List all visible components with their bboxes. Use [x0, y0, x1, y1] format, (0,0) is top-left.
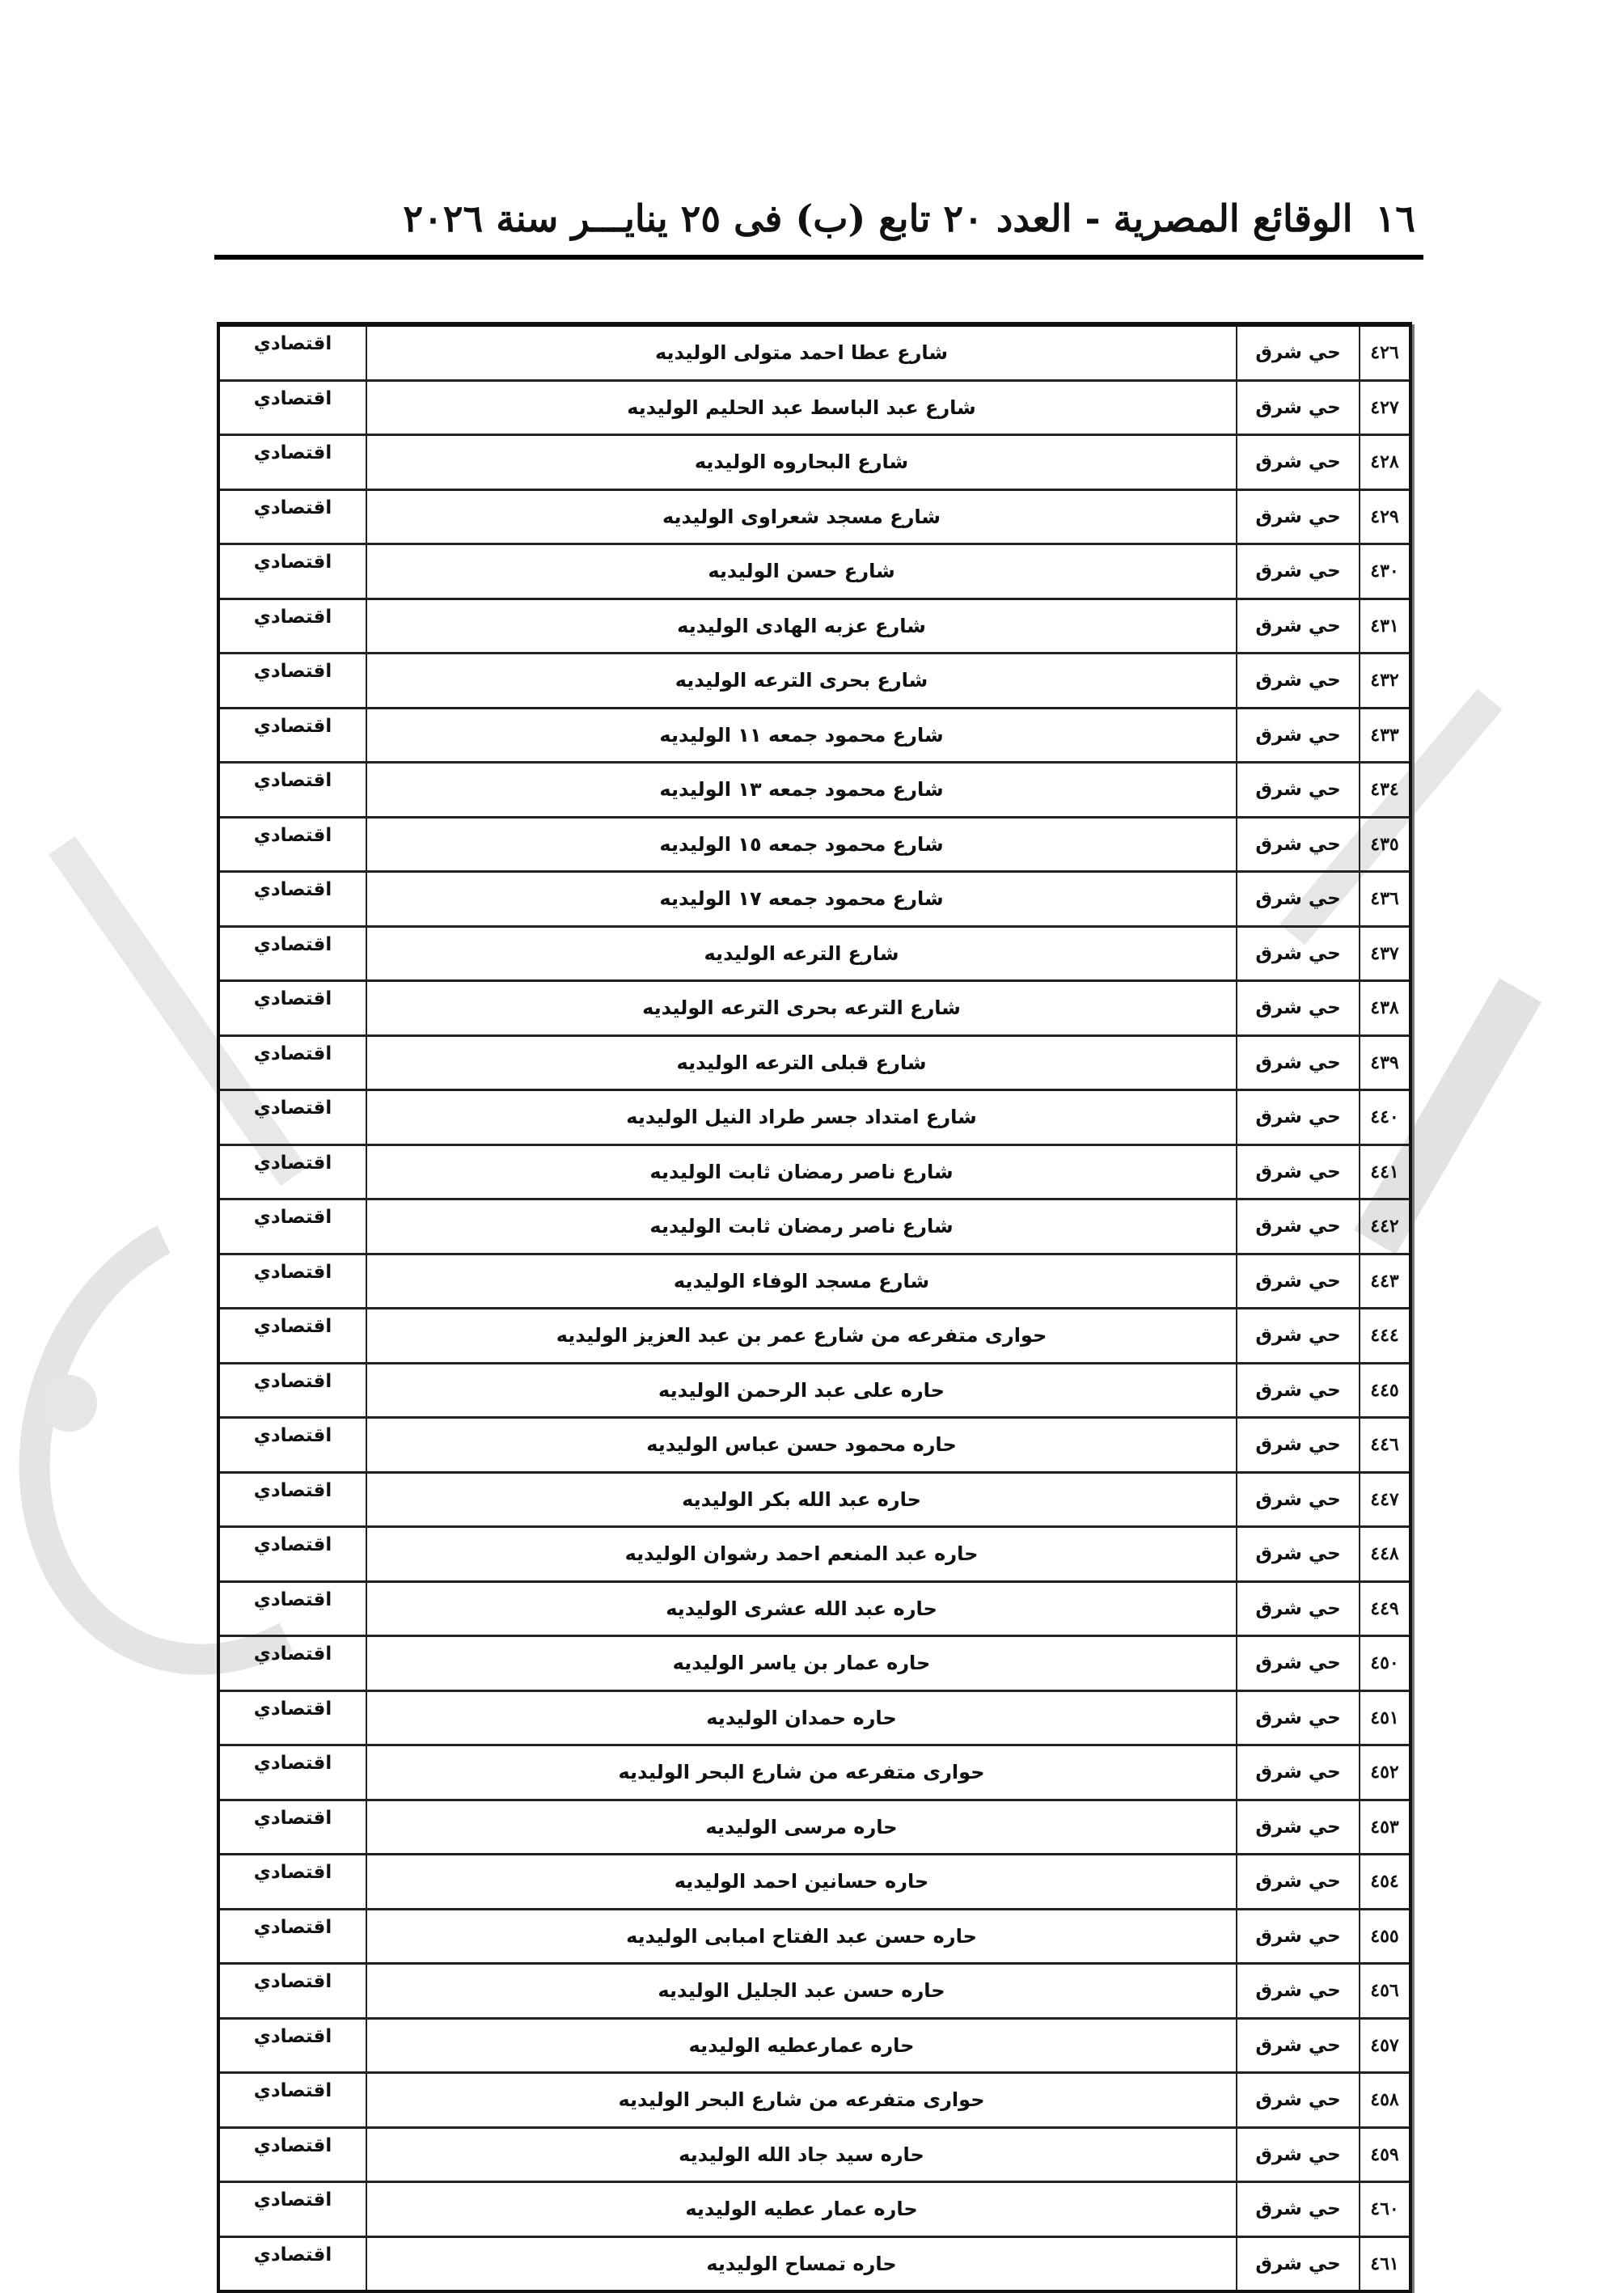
classification-cell: اقتصادي — [220, 763, 366, 818]
street-name-cell: شارع عطا احمد متولى الوليديه — [366, 327, 1237, 380]
row-number: ٤٤٤ — [1360, 1309, 1409, 1364]
row-number: ٤٢٦ — [1360, 327, 1409, 380]
table-row: ٤٣٣ حي شرق شارع محمود جمعه ١١ الوليديه ا… — [220, 708, 1409, 763]
table-row: ٤٦٠ حي شرق حاره عمار عطيه الوليديه اقتصا… — [220, 2182, 1409, 2237]
street-name-cell: حوارى متفرعه من شارع عمر بن عبد العزيز ا… — [366, 1309, 1237, 1364]
table-row: ٤٤١ حي شرق شارع ناصر رمضان ثابت الوليديه… — [220, 1144, 1409, 1199]
row-number: ٤٦٠ — [1360, 2182, 1409, 2237]
district-cell: حي شرق — [1237, 981, 1360, 1036]
streets-table: ٤٢٦ حي شرق شارع عطا احمد متولى الوليديه … — [217, 322, 1412, 2293]
district-cell: حي شرق — [1237, 380, 1360, 435]
district-cell: حي شرق — [1237, 1800, 1360, 1855]
district-cell: حي شرق — [1237, 489, 1360, 544]
street-name-cell: شارع محمود جمعه ١٥ الوليديه — [366, 817, 1237, 872]
street-name-cell: شارع ناصر رمضان ثابت الوليديه — [366, 1144, 1237, 1199]
classification-cell: اقتصادي — [220, 2127, 366, 2182]
street-name-cell: شارع مسجد شعراوى الوليديه — [366, 489, 1237, 544]
street-name-cell: حاره عبد الله بكر الوليديه — [366, 1472, 1237, 1527]
classification-cell: اقتصادي — [220, 817, 366, 872]
row-number: ٤٦١ — [1360, 2236, 1409, 2290]
street-name-cell: شارع محمود جمعه ١٣ الوليديه — [366, 763, 1237, 818]
street-name-cell: شارع محمود جمعه ١١ الوليديه — [366, 708, 1237, 763]
district-cell: حي شرق — [1237, 544, 1360, 599]
street-name-cell: شارع مسجد الوفاء الوليديه — [366, 1254, 1237, 1309]
district-cell: حي شرق — [1237, 1090, 1360, 1145]
district-cell: حي شرق — [1237, 2018, 1360, 2073]
row-number: ٤٣٩ — [1360, 1035, 1409, 1090]
district-cell: حي شرق — [1237, 926, 1360, 981]
classification-cell: اقتصادي — [220, 1581, 366, 1636]
row-number: ٤٥٨ — [1360, 2073, 1409, 2128]
table-row: ٤٥٣ حي شرق حاره مرسى الوليديه اقتصادي — [220, 1800, 1409, 1855]
district-cell: حي شرق — [1237, 1363, 1360, 1418]
row-number: ٤٢٩ — [1360, 489, 1409, 544]
street-name-cell: حاره عمار بن ياسر الوليديه — [366, 1636, 1237, 1691]
classification-cell: اقتصادي — [220, 1254, 366, 1309]
table-row: ٤٣٢ حي شرق شارع بحرى الترعه الوليديه اقت… — [220, 654, 1409, 709]
classification-cell: اقتصادي — [220, 654, 366, 709]
table-row: ٤٥٨ حي شرق حوارى متفرعه من شارع البحر ال… — [220, 2073, 1409, 2128]
classification-cell: اقتصادي — [220, 1472, 366, 1527]
classification-cell: اقتصادي — [220, 2182, 366, 2237]
classification-cell: اقتصادي — [220, 1363, 366, 1418]
district-cell: حي شرق — [1237, 1636, 1360, 1691]
district-cell: حي شرق — [1237, 872, 1360, 927]
district-cell: حي شرق — [1237, 435, 1360, 490]
classification-cell: اقتصادي — [220, 380, 366, 435]
classification-cell: اقتصادي — [220, 1309, 366, 1364]
classification-cell: اقتصادي — [220, 2236, 366, 2290]
district-cell: حي شرق — [1237, 1035, 1360, 1090]
table-row: ٤٣٧ حي شرق شارع الترعه الوليديه اقتصادي — [220, 926, 1409, 981]
row-number: ٤٥٩ — [1360, 2127, 1409, 2182]
district-cell: حي شرق — [1237, 1909, 1360, 1964]
table-row: ٤٤٤ حي شرق حوارى متفرعه من شارع عمر بن ع… — [220, 1309, 1409, 1364]
street-name-cell: شارع عبد الباسط عبد الحليم الوليديه — [366, 380, 1237, 435]
classification-cell: اقتصادي — [220, 981, 366, 1036]
district-cell: حي شرق — [1237, 2182, 1360, 2237]
row-number: ٤٤٧ — [1360, 1472, 1409, 1527]
classification-cell: اقتصادي — [220, 872, 366, 927]
table-row: ٤٢٧ حي شرق شارع عبد الباسط عبد الحليم ال… — [220, 380, 1409, 435]
district-cell: حي شرق — [1237, 2127, 1360, 2182]
street-name-cell: شارع حسن الوليديه — [366, 544, 1237, 599]
table-row: ٤٥٥ حي شرق حاره حسن عبد الفتاح امبابى ال… — [220, 1909, 1409, 1964]
street-name-cell: شارع الترعه بحرى الترعه الوليديه — [366, 981, 1237, 1036]
table-row: ٤٤٨ حي شرق حاره عبد المنعم احمد رشوان ال… — [220, 1527, 1409, 1582]
district-cell: حي شرق — [1237, 1745, 1360, 1800]
street-name-cell: حوارى متفرعه من شارع البحر الوليديه — [366, 1745, 1237, 1800]
table-row: ٤٣١ حي شرق شارع عزبه الهادى الوليديه اقت… — [220, 599, 1409, 654]
district-cell: حي شرق — [1237, 1527, 1360, 1582]
table-row: ٤٤٣ حي شرق شارع مسجد الوفاء الوليديه اقت… — [220, 1254, 1409, 1309]
row-number: ٤٣١ — [1360, 599, 1409, 654]
street-name-cell: شارع ناصر رمضان ثابت الوليديه — [366, 1199, 1237, 1254]
district-cell: حي شرق — [1237, 1690, 1360, 1745]
table-body: ٤٢٦ حي شرق شارع عطا احمد متولى الوليديه … — [220, 327, 1409, 2290]
row-number: ٤٥٦ — [1360, 1964, 1409, 2019]
district-cell: حي شرق — [1237, 708, 1360, 763]
district-cell: حي شرق — [1237, 1199, 1360, 1254]
table-row: ٤٣٠ حي شرق شارع حسن الوليديه اقتصادي — [220, 544, 1409, 599]
watermark-dot — [40, 1375, 97, 1432]
gazette-title: الوقائع المصرية - العدد ٢٠ تابع (ب) فى ٢… — [403, 197, 1352, 240]
classification-cell: اقتصادي — [220, 1527, 366, 1582]
district-cell: حي شرق — [1237, 1418, 1360, 1473]
classification-cell: اقتصادي — [220, 544, 366, 599]
classification-cell: اقتصادي — [220, 1144, 366, 1199]
street-name-cell: حاره تمساح الوليديه — [366, 2236, 1237, 2290]
table-row: ٤٣٤ حي شرق شارع محمود جمعه ١٣ الوليديه ا… — [220, 763, 1409, 818]
classification-cell: اقتصادي — [220, 926, 366, 981]
row-number: ٤٣٣ — [1360, 708, 1409, 763]
street-name-cell: شارع محمود جمعه ١٧ الوليديه — [366, 872, 1237, 927]
classification-cell: اقتصادي — [220, 1090, 366, 1145]
table-row: ٤٥٩ حي شرق حاره سيد جاد الله الوليديه اق… — [220, 2127, 1409, 2182]
row-number: ٤٣٢ — [1360, 654, 1409, 709]
row-number: ٤٤٩ — [1360, 1581, 1409, 1636]
classification-cell: اقتصادي — [220, 1745, 366, 1800]
district-cell: حي شرق — [1237, 1855, 1360, 1910]
classification-cell: اقتصادي — [220, 1636, 366, 1691]
district-cell: حي شرق — [1237, 599, 1360, 654]
row-number: ٤٢٧ — [1360, 380, 1409, 435]
street-name-cell: حاره حمدان الوليديه — [366, 1690, 1237, 1745]
district-cell: حي شرق — [1237, 1254, 1360, 1309]
row-number: ٤٤٢ — [1360, 1199, 1409, 1254]
row-number: ٤٣٦ — [1360, 872, 1409, 927]
row-number: ٤٥٧ — [1360, 2018, 1409, 2073]
classification-cell: اقتصادي — [220, 435, 366, 490]
classification-cell: اقتصادي — [220, 1964, 366, 2019]
district-cell: حي شرق — [1237, 1581, 1360, 1636]
street-name-cell: شارع امتداد جسر طراد النيل الوليديه — [366, 1090, 1237, 1145]
street-name-cell: شارع الترعه الوليديه — [366, 926, 1237, 981]
district-cell: حي شرق — [1237, 327, 1360, 380]
row-number: ٤٥٥ — [1360, 1909, 1409, 1964]
street-name-cell: حاره حسن عبد الفتاح امبابى الوليديه — [366, 1909, 1237, 1964]
table-row: ٤٤٥ حي شرق حاره على عبد الرحمن الوليديه … — [220, 1363, 1409, 1418]
street-name-cell: حوارى متفرعه من شارع البحر الوليديه — [366, 2073, 1237, 2128]
district-cell: حي شرق — [1237, 817, 1360, 872]
table-row: ٤٣٩ حي شرق شارع قبلى الترعه الوليديه اقت… — [220, 1035, 1409, 1090]
street-name-cell: شارع قبلى الترعه الوليديه — [366, 1035, 1237, 1090]
classification-cell: اقتصادي — [220, 708, 366, 763]
table-row: ٤٥١ حي شرق حاره حمدان الوليديه اقتصادي — [220, 1690, 1409, 1745]
street-name-cell: حاره عبد المنعم احمد رشوان الوليديه — [366, 1527, 1237, 1582]
classification-cell: اقتصادي — [220, 1035, 366, 1090]
row-number: ٤٥٣ — [1360, 1800, 1409, 1855]
street-name-cell: حاره حسانين احمد الوليديه — [366, 1855, 1237, 1910]
page-number: ١٦ — [1376, 197, 1415, 240]
street-name-cell: حاره عبد الله عشرى الوليديه — [366, 1581, 1237, 1636]
street-name-cell: حاره على عبد الرحمن الوليديه — [366, 1363, 1237, 1418]
classification-cell: اقتصادي — [220, 2073, 366, 2128]
table-row: ٤٤٢ حي شرق شارع ناصر رمضان ثابت الوليديه… — [220, 1199, 1409, 1254]
table-row: ٤٥٠ حي شرق حاره عمار بن ياسر الوليديه اق… — [220, 1636, 1409, 1691]
district-cell: حي شرق — [1237, 1309, 1360, 1364]
classification-cell: اقتصادي — [220, 489, 366, 544]
street-name-cell: حاره حسن عبد الجليل الوليديه — [366, 1964, 1237, 2019]
classification-cell: اقتصادي — [220, 599, 366, 654]
street-name-cell: حاره محمود حسن عباس الوليديه — [366, 1418, 1237, 1473]
district-cell: حي شرق — [1237, 1472, 1360, 1527]
district-cell: حي شرق — [1237, 2236, 1360, 2290]
street-name-cell: حاره سيد جاد الله الوليديه — [366, 2127, 1237, 2182]
row-number: ٤٤٦ — [1360, 1418, 1409, 1473]
classification-cell: اقتصادي — [220, 327, 366, 380]
table-row: ٤٤٦ حي شرق حاره محمود حسن عباس الوليديه … — [220, 1418, 1409, 1473]
district-cell: حي شرق — [1237, 2073, 1360, 2128]
row-number: ٤٥١ — [1360, 1690, 1409, 1745]
street-name-cell: حاره مرسى الوليديه — [366, 1800, 1237, 1855]
table-row: ٤٢٦ حي شرق شارع عطا احمد متولى الوليديه … — [220, 327, 1409, 380]
classification-cell: اقتصادي — [220, 2018, 366, 2073]
row-number: ٤٥٢ — [1360, 1745, 1409, 1800]
row-number: ٤٢٨ — [1360, 435, 1409, 490]
row-number: ٤٤١ — [1360, 1144, 1409, 1199]
row-number: ٤٤٨ — [1360, 1527, 1409, 1582]
table-row: ٤٤٧ حي شرق حاره عبد الله بكر الوليديه اق… — [220, 1472, 1409, 1527]
table-row: ٤٤٩ حي شرق حاره عبد الله عشرى الوليديه ا… — [220, 1581, 1409, 1636]
table-row: ٤٣٥ حي شرق شارع محمود جمعه ١٥ الوليديه ا… — [220, 817, 1409, 872]
district-cell: حي شرق — [1237, 654, 1360, 709]
row-number: ٤٤٣ — [1360, 1254, 1409, 1309]
classification-cell: اقتصادي — [220, 1855, 366, 1910]
table-row: ٤٢٩ حي شرق شارع مسجد شعراوى الوليديه اقت… — [220, 489, 1409, 544]
table-row: ٤٣٦ حي شرق شارع محمود جمعه ١٧ الوليديه ا… — [220, 872, 1409, 927]
table-row: ٤٤٠ حي شرق شارع امتداد جسر طراد النيل ال… — [220, 1090, 1409, 1145]
classification-cell: اقتصادي — [220, 1690, 366, 1745]
table-row: ٤٣٨ حي شرق شارع الترعه بحرى الترعه الولي… — [220, 981, 1409, 1036]
row-number: ٤٥٠ — [1360, 1636, 1409, 1691]
table-row: ٤٥٧ حي شرق حاره عمارعطيه الوليديه اقتصاد… — [220, 2018, 1409, 2073]
district-cell: حي شرق — [1237, 1964, 1360, 2019]
classification-cell: اقتصادي — [220, 1199, 366, 1254]
row-number: ٤٣٧ — [1360, 926, 1409, 981]
classification-cell: اقتصادي — [220, 1800, 366, 1855]
table-row: ٤٥٤ حي شرق حاره حسانين احمد الوليديه اقت… — [220, 1855, 1409, 1910]
page-header: ١٦الوقائع المصرية - العدد ٢٠ تابع (ب) فى… — [214, 178, 1415, 259]
row-number: ٤٤٠ — [1360, 1090, 1409, 1145]
district-cell: حي شرق — [1237, 763, 1360, 818]
classification-cell: اقتصادي — [220, 1909, 366, 1964]
row-number: ٤٣٥ — [1360, 817, 1409, 872]
street-name-cell: حاره عمار عطيه الوليديه — [366, 2182, 1237, 2237]
table-row: ٤٢٨ حي شرق شارع البحاروه الوليديه اقتصاد… — [220, 435, 1409, 490]
district-cell: حي شرق — [1237, 1144, 1360, 1199]
street-name-cell: حاره عمارعطيه الوليديه — [366, 2018, 1237, 2073]
table-row: ٤٦١ حي شرق حاره تمساح الوليديه اقتصادي — [220, 2236, 1409, 2290]
row-number: ٤٣٠ — [1360, 544, 1409, 599]
row-number: ٤٣٤ — [1360, 763, 1409, 818]
table-row: ٤٥٢ حي شرق حوارى متفرعه من شارع البحر ال… — [220, 1745, 1409, 1800]
header-divider — [214, 255, 1423, 260]
row-number: ٤٣٨ — [1360, 981, 1409, 1036]
classification-cell: اقتصادي — [220, 1418, 366, 1473]
row-number: ٤٥٤ — [1360, 1855, 1409, 1910]
street-name-cell: شارع عزبه الهادى الوليديه — [366, 599, 1237, 654]
street-name-cell: شارع بحرى الترعه الوليديه — [366, 654, 1237, 709]
row-number: ٤٤٥ — [1360, 1363, 1409, 1418]
street-name-cell: شارع البحاروه الوليديه — [366, 435, 1237, 490]
table-row: ٤٥٦ حي شرق حاره حسن عبد الجليل الوليديه … — [220, 1964, 1409, 2019]
